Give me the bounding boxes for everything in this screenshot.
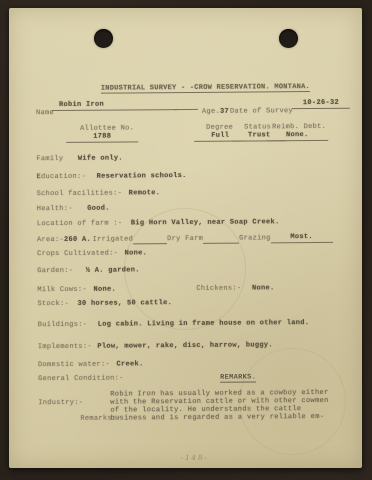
domestic-water-label: Domestic water:- xyxy=(38,361,110,370)
name-value: Robin Iron xyxy=(59,101,104,109)
area-grazing-label: Grazing xyxy=(239,234,271,242)
implements-value: Plow, mower, rake, disc, harrow, buggy. xyxy=(97,341,273,350)
blank-line xyxy=(174,100,198,110)
stock-value: 30 horses, 50 cattle. xyxy=(78,299,173,308)
area-grazing-field: Most. xyxy=(271,233,333,243)
remarks-heading: REMARKS. xyxy=(220,373,256,382)
field-row-health: Health:- Good. xyxy=(37,205,110,215)
school-facilities-label: School facilities:- xyxy=(37,189,123,198)
area-acres-value: 260 A. xyxy=(64,236,91,244)
field-row-crops: Crops Cultivated:- None. xyxy=(37,249,147,259)
crops-label: Crops Cultivated:- xyxy=(37,250,118,259)
area-irrigated-label: Irrigated xyxy=(93,235,134,243)
field-row-area: Area:-260 A. IrrigatedDry FarmGrazingMos… xyxy=(37,233,333,245)
garden-label: Garden:- xyxy=(37,267,73,275)
chickens-label: Chickens:- xyxy=(196,285,241,293)
reimb-debt-value: None. xyxy=(286,131,309,139)
age-label: Age. xyxy=(202,108,220,117)
field-row-family: Family Wife only. xyxy=(36,154,123,164)
blank-line xyxy=(203,234,239,244)
field-row-school: School facilities:- Remote. xyxy=(37,189,161,199)
milk-cows-value: None. xyxy=(93,286,116,294)
remarks-line: business and is regarded as a very relia… xyxy=(110,413,328,423)
allottee-no-field: 1788 xyxy=(66,132,138,143)
remarks-label: Remarks:- xyxy=(80,415,121,424)
health-value: Good. xyxy=(87,205,110,213)
family-label: Family xyxy=(36,155,63,163)
field-row-stock: Stock:- 30 horses, 50 cattle. xyxy=(37,299,172,309)
buildings-label: Buildings:- xyxy=(38,321,88,329)
location-label: Location of farm :- xyxy=(37,219,123,228)
health-label: Health:- xyxy=(37,205,73,213)
field-row-buildings: Buildings:- Log cabin. Living in frame h… xyxy=(38,319,310,330)
location-value: Big Horn Valley, near Soap Creek. xyxy=(131,218,280,227)
general-condition-label: General Condition:- xyxy=(38,374,124,384)
industry-label: Industry:- xyxy=(38,399,83,408)
survey-date-value: 10-26-32 xyxy=(303,99,339,107)
field-row-location: Location of farm :- Big Horn Valley, nea… xyxy=(37,218,280,229)
page-number: -148- xyxy=(181,454,209,463)
area-grazing-value: Most. xyxy=(290,233,313,241)
implements-label: Implements:- xyxy=(38,343,92,351)
title-row: INDUSTRIAL SURVEY - -CROW RESERVATION. M… xyxy=(101,83,310,94)
remarks-paragraph: Robin Iron has usually worked as a cowbo… xyxy=(110,389,329,423)
allottee-no-value: 1788 xyxy=(93,133,111,141)
age-value: 37 xyxy=(220,108,229,117)
crops-value: None. xyxy=(125,249,148,257)
education-value: Reservation schools. xyxy=(97,172,187,181)
field-row-implements: Implements:- Plow, mower, rake, disc, ha… xyxy=(38,341,273,352)
survey-date-field: 10-26-32 xyxy=(292,99,350,109)
name-value-field: Robin Iron xyxy=(52,100,177,111)
milk-cows-label: Milk Cows:- xyxy=(37,286,87,294)
garden-value: ½ A. garden. xyxy=(86,266,140,274)
family-value: Wife only. xyxy=(78,154,123,162)
domestic-water-value: Creek. xyxy=(116,360,143,368)
field-row-milk-cows: Milk Cows:- None. xyxy=(37,286,116,296)
education-label: Education:- xyxy=(37,173,87,181)
field-row-garden: Garden:- ½ A. garden. xyxy=(37,266,140,276)
scan-background: INDUSTRIAL SURVEY - -CROW RESERVATION. M… xyxy=(0,0,372,480)
survey-date-label: Date of Survey xyxy=(230,107,293,116)
blank-line xyxy=(133,234,167,244)
area-dryfarm-label: Dry Farm xyxy=(167,235,203,243)
document-title: INDUSTRIAL SURVEY - -CROW RESERVATION. M… xyxy=(101,83,310,94)
document-content: INDUSTRIAL SURVEY - -CROW RESERVATION. M… xyxy=(7,7,364,470)
field-row-chickens: Chickens:- None. xyxy=(196,284,274,294)
stock-label: Stock:- xyxy=(37,300,69,308)
field-row-domestic-water: Domestic water:- Creek. xyxy=(38,360,144,370)
reimb-debt-field: None. xyxy=(266,131,328,141)
degree-value: Full xyxy=(211,132,229,140)
field-row-education: EEducation:- Reservation schools. xyxy=(36,172,186,182)
buildings-value: Log cabin. Living in frame house on othe… xyxy=(98,319,310,329)
chickens-value: None. xyxy=(252,284,275,292)
area-label: Area:- xyxy=(37,236,64,244)
school-facilities-value: Remote. xyxy=(129,189,161,197)
paper-sheet: INDUSTRIAL SURVEY - -CROW RESERVATION. M… xyxy=(9,8,362,468)
